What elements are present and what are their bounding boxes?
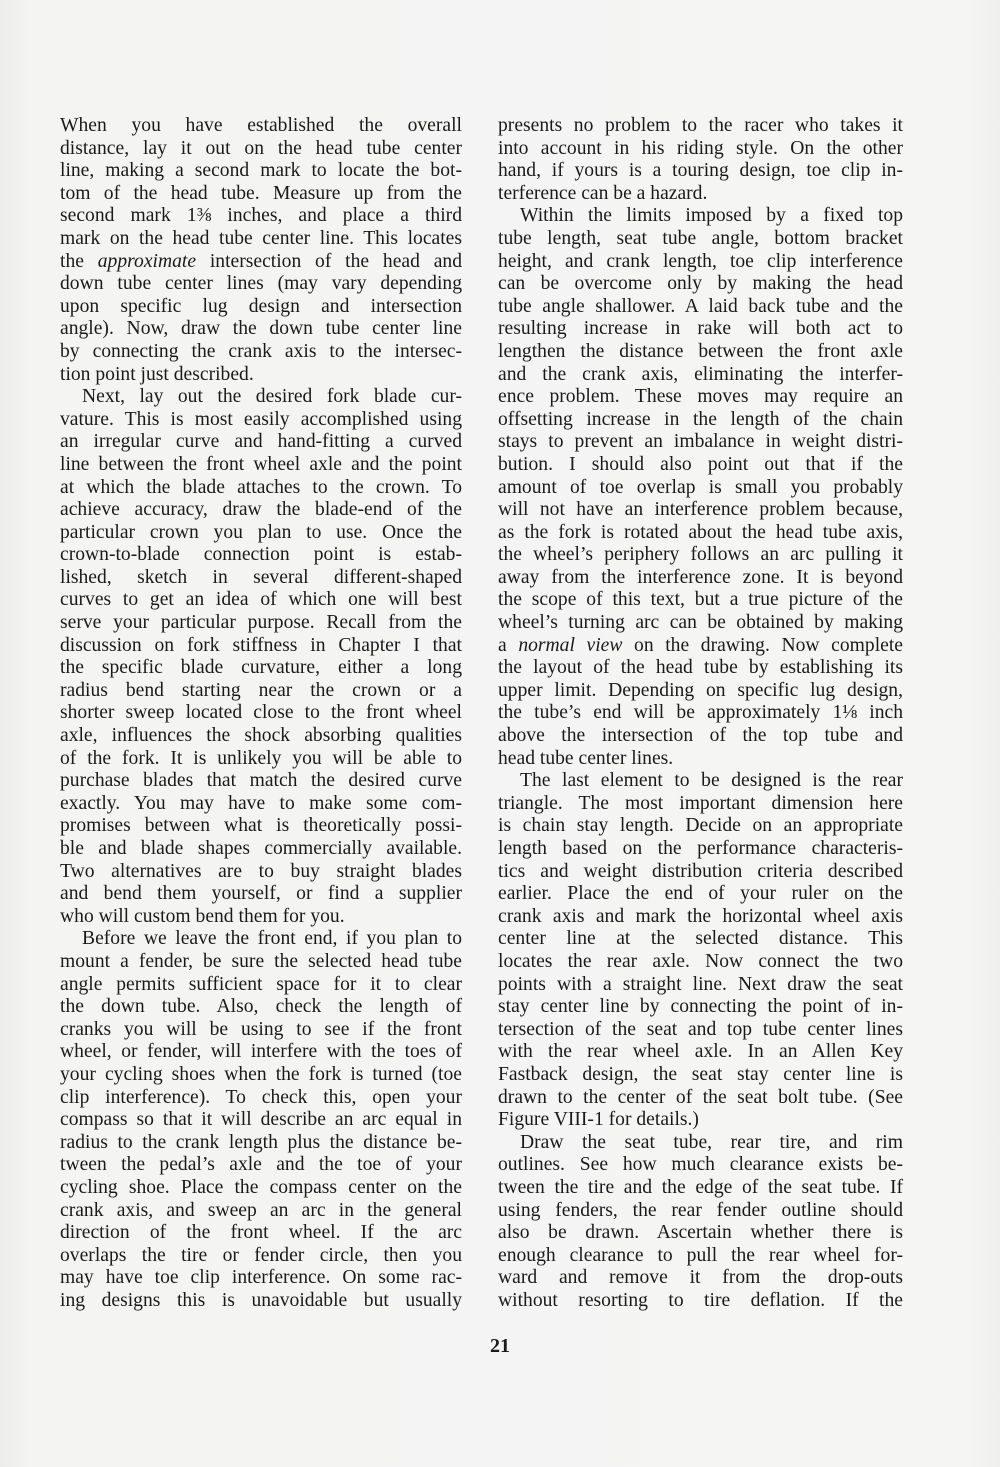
text-line: Draw the seat tube, rear tire, and rim [498,1132,903,1155]
text-line: is chain stay length. Decide on an appro… [498,815,903,838]
text-line: Fastback design, the seat stay center li… [498,1064,903,1087]
text-line: the approximate intersection of the head… [60,251,462,274]
text-line: exactly. You may have to make some com- [60,793,462,816]
text-line: using fenders, the rear fender outline s… [498,1200,903,1223]
text-line: tween the tire and the edge of the seat … [498,1177,903,1200]
text-line: ence problem. These moves may require an [498,386,903,409]
text-line: can be overcome only by making the head [498,273,903,296]
text-line: and bend them yourself, or find a suppli… [60,883,462,906]
text-line: wheel, or fender, will interfere with th… [60,1041,462,1064]
text-line: a normal view on the drawing. Now comple… [498,635,903,658]
text-line: upper limit. Depending on specific lug d… [498,680,903,703]
text-line: cranks you will be using to see if the f… [60,1019,462,1042]
text-segment: the [60,251,98,272]
text-line: When you have established the overall [60,115,462,138]
text-line: achieve accuracy, draw the blade-end of … [60,499,462,522]
text-line: and the crank axis, eliminating the inte… [498,364,903,387]
text-line: into account in his riding style. On the… [498,138,903,161]
text-line: resulting increase in rake will both act… [498,318,903,341]
text-line: crank axis, and sweep an arc in the gene… [60,1200,462,1223]
right-text-column: presents no problem to the racer who tak… [498,115,903,1312]
text-line: direction of the front wheel. If the arc [60,1222,462,1245]
text-line: enough clearance to pull the rear wheel … [498,1245,903,1268]
text-line: purchase blades that match the desired c… [60,770,462,793]
text-line: Within the limits imposed by a fixed top [498,205,903,228]
text-line: at which the blade attaches to the crown… [60,477,462,500]
text-line: upon specific lug design and intersectio… [60,296,462,319]
text-line: may have toe clip interference. On some … [60,1267,462,1290]
text-line: stays to prevent an imbalance in weight … [498,431,903,454]
text-line: earlier. Place the end of your ruler on … [498,883,903,906]
text-line: by connecting the crank axis to the inte… [60,341,462,364]
text-line: Next, lay out the desired fork blade cur… [60,386,462,409]
text-line: terference can be a hazard. [498,183,903,206]
text-line: the layout of the head tube by establish… [498,657,903,680]
text-line: drawn to the center of the seat bolt tub… [498,1087,903,1110]
text-line: with the rear wheel axle. In an Allen Ke… [498,1041,903,1064]
text-line: tom of the head tube. Measure up from th… [60,183,462,206]
text-line: ble and blade shapes commercially availa… [60,838,462,861]
text-line: crown-to-blade connection point is estab… [60,544,462,567]
left-text-column: When you have established the overalldis… [60,115,462,1312]
text-line: triangle. The most important dimension h… [498,793,903,816]
text-line: amount of toe overlap is small you proba… [498,477,903,500]
text-line: outlines. See how much clearance exists … [498,1154,903,1177]
text-line: Figure VIII-1 for details.) [498,1109,903,1132]
text-line: height, and crank length, toe clip inter… [498,251,903,274]
text-line: tube length, seat tube angle, bottom bra… [498,228,903,251]
text-line: mark on the head tube center line. This … [60,228,462,251]
text-line: tween the pedal’s axle and the toe of yo… [60,1154,462,1177]
text-line: mount a fender, be sure the selected hea… [60,951,462,974]
text-line: the down tube. Also, check the length of [60,996,462,1019]
text-line: cycling shoe. Place the compass center o… [60,1177,462,1200]
text-segment: intersection of the head and [196,251,462,272]
text-line: Before we leave the front end, if you pl… [60,928,462,951]
document-page: When you have established the overalldis… [0,0,1000,1467]
text-line: tersection of the seat and top tube cent… [498,1019,903,1042]
text-line: overlaps the tire or fender circle, then… [60,1245,462,1268]
text-line: the wheel’s periphery follows an arc pul… [498,544,903,567]
text-line: promises between what is theoretically p… [60,815,462,838]
text-line: angle). Now, draw the down tube center l… [60,318,462,341]
text-line: the specific blade curvature, either a l… [60,657,462,680]
text-line: particular crown you plan to use. Once t… [60,522,462,545]
text-line: above the intersection of the top tube a… [498,725,903,748]
text-line: without resorting to tire deflation. If … [498,1290,903,1313]
text-line: lengthen the distance between the front … [498,341,903,364]
page-number: 21 [0,1335,1000,1358]
text-line: line between the front wheel axle and th… [60,454,462,477]
text-line: as the fork is rotated about the head tu… [498,522,903,545]
text-line: hand, if yours is a touring design, toe … [498,160,903,183]
text-line: points with a straight line. Next draw t… [498,974,903,997]
italic-term: approximate [98,251,196,272]
text-line: clip interference). To check this, open … [60,1087,462,1110]
text-line: also be drawn. Ascertain whether there i… [498,1222,903,1245]
text-line: compass so that it will describe an arc … [60,1109,462,1132]
text-segment: a [498,635,518,656]
text-line: presents no problem to the racer who tak… [498,115,903,138]
text-line: who will custom bend them for you. [60,906,462,929]
text-line: stay center line by connecting the point… [498,996,903,1019]
text-line: radius to the crank length plus the dist… [60,1132,462,1155]
text-line: angle permits sufficient space for it to… [60,974,462,997]
text-line: away from the interference zone. It is b… [498,567,903,590]
text-line: of the fork. It is unlikely you will be … [60,748,462,771]
text-line: shorter sweep located close to the front… [60,702,462,725]
text-line: line, making a second mark to locate the… [60,160,462,183]
text-line: curves to get an idea of which one will … [60,589,462,612]
text-line: head tube center lines. [498,748,903,771]
text-line: the tube’s end will be approximately 1⅛ … [498,702,903,725]
text-line: locates the rear axle. Now connect the t… [498,951,903,974]
text-line: vature. This is most easily accomplished… [60,409,462,432]
text-line: the scope of this text, but a true pictu… [498,589,903,612]
text-line: wheel’s turning arc can be obtained by m… [498,612,903,635]
text-line: center line at the selected distance. Th… [498,928,903,951]
text-line: radius bend starting near the crown or a [60,680,462,703]
text-line: will not have an interference problem be… [498,499,903,522]
text-line: an irregular curve and hand-fitting a cu… [60,431,462,454]
text-line: axle, influences the shock absorbing qua… [60,725,462,748]
text-line: bution. I should also point out that if … [498,454,903,477]
text-segment: on the drawing. Now complete [622,635,903,656]
text-line: crank axis and mark the horizontal wheel… [498,906,903,929]
text-line: ward and remove it from the drop-outs [498,1267,903,1290]
text-line: your cycling shoes when the fork is turn… [60,1064,462,1087]
text-line: lished, sketch in several different-shap… [60,567,462,590]
text-line: Two alternatives are to buy straight bla… [60,861,462,884]
text-line: tics and weight distribution criteria de… [498,861,903,884]
text-line: tube angle shallower. A laid back tube a… [498,296,903,319]
italic-term: normal view [518,635,622,656]
text-line: ing designs this is unavoidable but usua… [60,1290,462,1313]
text-line: The last element to be designed is the r… [498,770,903,793]
text-line: length based on the performance characte… [498,838,903,861]
text-line: second mark 1⅜ inches, and place a third [60,205,462,228]
text-line: discussion on fork stiffness in Chapter … [60,635,462,658]
text-line: distance, lay it out on the head tube ce… [60,138,462,161]
text-line: down tube center lines (may vary dependi… [60,273,462,296]
text-line: offsetting increase in the length of the… [498,409,903,432]
text-line: serve your particular purpose. Recall fr… [60,612,462,635]
text-line: tion point just described. [60,364,462,387]
